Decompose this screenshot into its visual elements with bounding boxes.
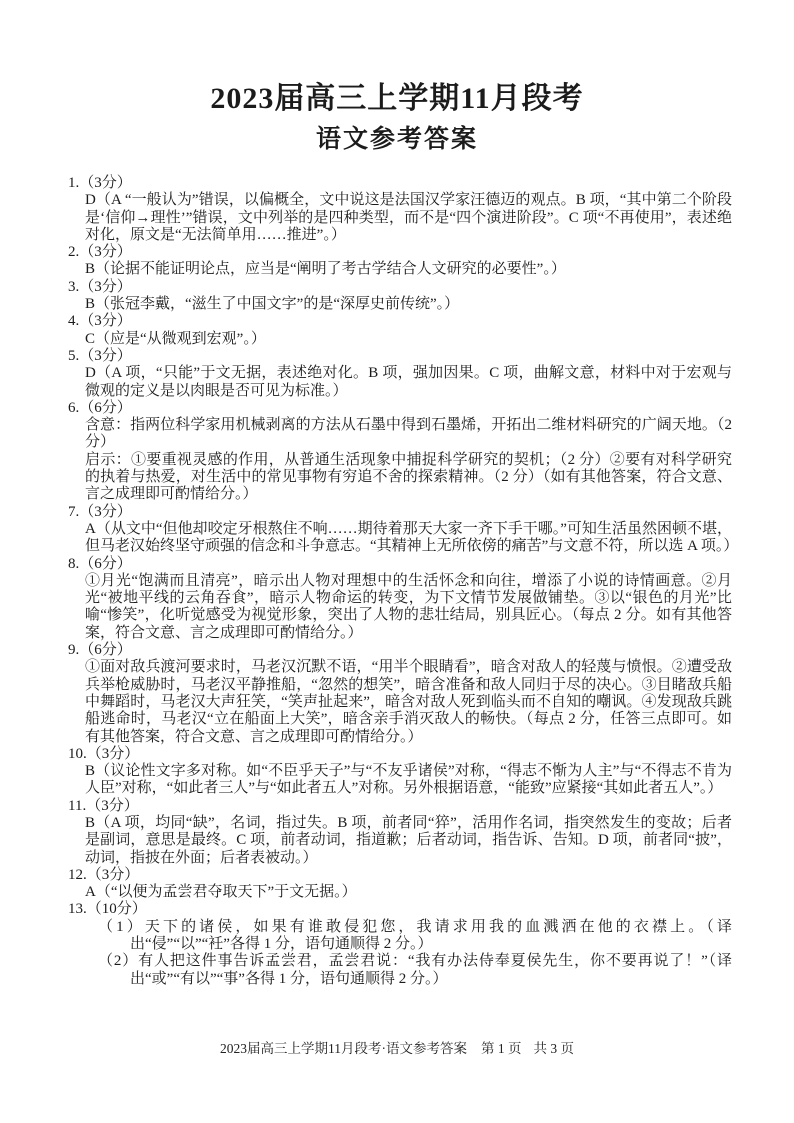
answer-number: 5. <box>68 348 79 364</box>
answer-paragraph: D（A “一般认为”错误，以偏概全，文中说这是法国汉学家汪德迈的观点。B 项，“… <box>85 192 732 244</box>
answer-heading: 2.（3分） <box>68 244 732 261</box>
answer-score: （3分） <box>79 175 132 191</box>
answer-heading: 8.（6分） <box>68 556 732 573</box>
answer-number: 10. <box>68 746 87 762</box>
answer-score: （3分） <box>87 867 140 883</box>
page-title: 2023届高三上学期11月段考 <box>0 0 794 116</box>
answer-number: 4. <box>68 313 79 329</box>
answer-number: 11. <box>68 798 86 814</box>
answer-paragraph: C（应是“从微观到宏观”。） <box>85 331 732 348</box>
answers-list: 1.（3分）D（A “一般认为”错误，以偏概全，文中说这是法国汉学家汪德迈的观点… <box>68 175 732 988</box>
answer-paragraph: D（A 项，“只能”于文无据，表述绝对化。B 项，强加因果。C 项，曲解文意，材… <box>85 365 732 400</box>
answer-number: 13. <box>68 901 87 917</box>
document-page: 2023届高三上学期11月段考 语文参考答案 1.（3分）D（A “一般认为”错… <box>0 0 794 1123</box>
answer-number: 12. <box>68 867 87 883</box>
answer-item: 3.（3分）B（张冠李戴，“滋生了中国文字”的是“深厚史前传统”。） <box>68 279 732 314</box>
answer-item: 12.（3分）A（“以便为孟尝君夺取天下”于文无据。） <box>68 867 732 902</box>
answer-paragraph: A（“以便为孟尝君夺取天下”于文无据。） <box>85 884 732 901</box>
answer-number: 8. <box>68 556 79 572</box>
answer-paragraph: B（张冠李戴，“滋生了中国文字”的是“深厚史前传统”。） <box>85 296 732 313</box>
answer-score: （3分） <box>87 746 140 762</box>
answer-paragraph: （1）天下的诸侯，如果有谁敢侵犯您，我请求用我的血溅洒在他的衣襟上。（译出“侵”… <box>130 919 732 954</box>
answer-heading: 7.（3分） <box>68 504 732 521</box>
answer-number: 3. <box>68 279 79 295</box>
answer-heading: 3.（3分） <box>68 279 732 296</box>
answer-score: （6分） <box>79 400 132 416</box>
answer-score: （6分） <box>79 642 132 658</box>
answer-paragraph: 含意：指两位科学家用机械剥离的方法从石墨中得到石墨烯，开拓出二维材料研究的广阔天… <box>85 417 732 452</box>
answer-item: 6.（6分）含意：指两位科学家用机械剥离的方法从石墨中得到石墨烯，开拓出二维材料… <box>68 400 732 504</box>
answer-number: 6. <box>68 400 79 416</box>
answer-number: 9. <box>68 642 79 658</box>
answer-number: 7. <box>68 504 79 520</box>
answer-paragraph: A（从文中“但他却咬定牙根熬住不响……期待着那天大家一齐下手干哪。”可知生活虽然… <box>85 521 732 556</box>
answer-paragraph: ①面对敌兵渡河要求时，马老汉沉默不语，“用半个眼睛看”，暗含对敌人的轻蔑与愤恨。… <box>85 659 732 745</box>
answer-score: （10分） <box>87 901 147 917</box>
answer-item: 7.（3分）A（从文中“但他却咬定牙根熬住不响……期待着那天大家一齐下手干哪。”… <box>68 504 732 556</box>
answer-item: 5.（3分）D（A 项，“只能”于文无据，表述绝对化。B 项，强加因果。C 项，… <box>68 348 732 400</box>
answer-paragraph: （2）有人把这件事告诉孟尝君，孟尝君说：“我有办法侍奉夏侯先生，你不要再说了！”… <box>130 953 732 988</box>
footer-doc-label: 2023届高三上学期11月段考·语文参考答案 <box>220 1041 467 1056</box>
answer-heading: 13.（10分） <box>68 901 732 918</box>
answer-heading: 6.（6分） <box>68 400 732 417</box>
answer-item: 11.（3分）B（A 项，均同“缺”，名词，指过失。B 项，前者同“猝”，活用作… <box>68 798 732 867</box>
answer-heading: 9.（6分） <box>68 642 732 659</box>
answer-score: （6分） <box>79 556 132 572</box>
answer-item: 1.（3分）D（A “一般认为”错误，以偏概全，文中说这是法国汉学家汪德迈的观点… <box>68 175 732 244</box>
footer-total-pages: 共 3 页 <box>534 1041 575 1056</box>
answer-item: 4.（3分）C（应是“从微观到宏观”。） <box>68 313 732 348</box>
answer-paragraph: B（A 项，均同“缺”，名词，指过失。B 项，前者同“猝”，活用作名词，指突然发… <box>85 815 732 867</box>
answer-paragraph: ①月光“饱满而且清亮”，暗示出人物对理想中的生活怀念和向往，增添了小说的诗情画意… <box>85 573 732 642</box>
answer-item: 9.（6分）①面对敌兵渡河要求时，马老汉沉默不语，“用半个眼睛看”，暗含对敌人的… <box>68 642 732 746</box>
answer-item: 8.（6分）①月光“饱满而且清亮”，暗示出人物对理想中的生活怀念和向往，增添了小… <box>68 556 732 642</box>
answer-paragraph: B（议论性文字多对称。如“不臣乎天子”与“不友乎诸侯”对称，“得志不惭为人主”与… <box>85 763 732 798</box>
answer-heading: 10.（3分） <box>68 746 732 763</box>
answer-heading: 5.（3分） <box>68 348 732 365</box>
answer-heading: 4.（3分） <box>68 313 732 330</box>
answer-heading: 11.（3分） <box>68 798 732 815</box>
answer-score: （3分） <box>79 313 132 329</box>
answer-score: （3分） <box>79 504 132 520</box>
answer-score: （3分） <box>79 279 132 295</box>
answer-score: （3分） <box>86 798 139 814</box>
answer-heading: 1.（3分） <box>68 175 732 192</box>
footer-page-number: 第 1 页 <box>481 1041 522 1056</box>
answer-score: （3分） <box>79 348 132 364</box>
answer-item: 2.（3分）B（论据不能证明论点，应当是“阐明了考古学结合人文研究的必要性”。） <box>68 244 732 279</box>
answer-item: 13.（10分）（1）天下的诸侯，如果有谁敢侵犯您，我请求用我的血溅洒在他的衣襟… <box>68 901 732 987</box>
page-subtitle: 语文参考答案 <box>0 116 794 155</box>
page-footer: 2023届高三上学期11月段考·语文参考答案第 1 页共 3 页 <box>0 1041 794 1057</box>
answer-number: 1. <box>68 175 79 191</box>
answer-item: 10.（3分）B（议论性文字多对称。如“不臣乎天子”与“不友乎诸侯”对称，“得志… <box>68 746 732 798</box>
answer-score: （3分） <box>79 244 132 260</box>
answer-number: 2. <box>68 244 79 260</box>
answer-paragraph: B（论据不能证明论点，应当是“阐明了考古学结合人文研究的必要性”。） <box>85 261 732 278</box>
answer-heading: 12.（3分） <box>68 867 732 884</box>
answer-paragraph: 启示：①要重视灵感的作用，从普通生活现象中捕捉科学研究的契机；（2 分）②要有对… <box>85 452 732 504</box>
